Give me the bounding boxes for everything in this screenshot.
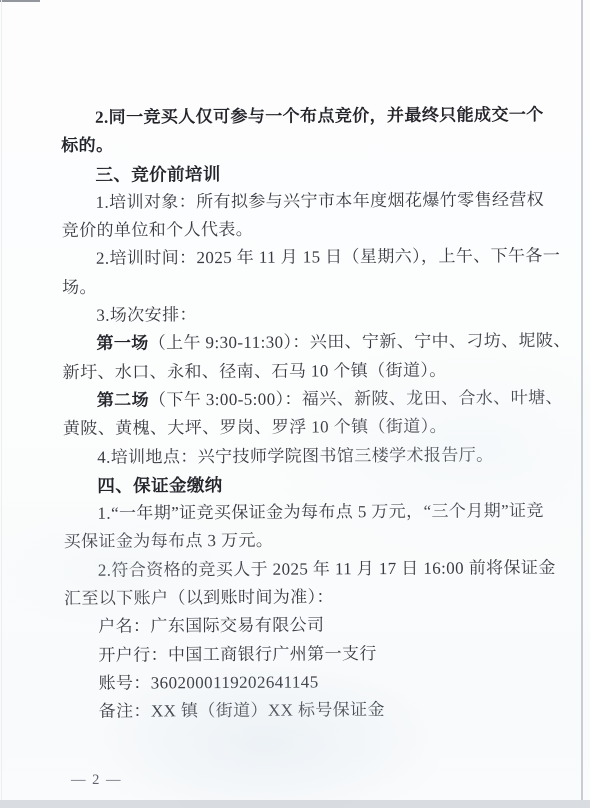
text-line: 买保证金为每布点 3 万元。 [64,526,528,557]
text-line: 竞价的单位和个人代表。 [62,214,526,245]
text-line: 1.“一年期”证竞买保证金为每布点 5 万元，“三个月期”证竞 [63,497,527,528]
line-text: 场。 [62,278,97,297]
bold-run: 第一场 [96,334,148,353]
text-line: 3.场次安排： [62,299,526,330]
line-text: 四、保证金缴纳 [97,475,222,496]
text-line: 备注：XX 镇（街道）XX 标号保证金 [65,695,529,726]
line-text: （上午 9:30-11:30）：兴田、宁新、宁中、刁坊、坭陂、 [149,331,571,353]
text-line: 黄陂、黄槐、大坪、罗岗、罗浮 10 个镇（街道）。 [63,412,527,443]
text-line: 开户行：中国工商银行广州第一支行 [64,639,528,670]
line-text: 三、竞价前培训 [95,164,220,185]
scan-edge-bottom [0,800,590,808]
document-body: 2.同一竞买人仅可参与一个布点竞价，并最终只能成交一个标的。三、竞价前培训1.培… [61,101,529,726]
line-text: 买保证金为每布点 3 万元。 [64,531,274,551]
text-line: 第二场（下午 3:00-5:00）：福兴、新陂、龙田、合水、叶塘、 [63,384,527,415]
text-line: 第一场（上午 9:30-11:30）：兴田、宁新、宁中、刁坊、坭陂、 [62,328,526,359]
page-number: — 2 — [71,772,122,789]
line-text: （下午 3:00-5:00）：福兴、新陂、龙田、合水、叶塘、 [149,388,563,410]
line-text: 黄陂、黄槐、大坪、罗岗、罗浮 10 个镇（街道）。 [63,417,447,438]
bold-run: 第二场 [97,390,149,409]
line-text: 竞价的单位和个人代表。 [62,220,254,240]
text-line: 4.培训地点：兴宁技师学院图书馆三楼学术报告厅。 [63,441,527,472]
line-text: 新圩、水口、永和、径南、石马 10 个镇（街道）。 [63,360,447,381]
document-page: 2.同一竞买人仅可参与一个布点竞价，并最终只能成交一个标的。三、竞价前培训1.培… [0,0,590,808]
line-text: 1.培训对象：所有拟参与兴宁市本年度烟花爆竹零售经营权 [96,190,545,212]
scan-edge-left [1,0,2,800]
text-line: 新圩、水口、永和、径南、石马 10 个镇（街道）。 [63,356,527,387]
line-text: 标的。 [61,136,113,155]
line-text: 3.场次安排： [96,305,197,325]
text-line: 账号：3602000119202641145 [64,667,528,698]
text-line: 标的。 [61,129,525,160]
line-text: 账号：3602000119202641145 [98,672,318,692]
line-text: 1.“一年期”证竞买保证金为每布点 5 万元，“三个月期”证竞 [97,501,543,523]
line-text: 汇至以下账户（以到账时间为准）： [64,587,334,608]
text-line: 1.培训对象：所有拟参与兴宁市本年度烟花爆竹零售经营权 [62,186,526,217]
line-text: 4.培训地点：兴宁技师学院图书馆三楼学术报告厅。 [97,445,493,466]
line-text: 备注：XX 镇（街道）XX 标号保证金 [99,700,385,721]
line-text: 户名：广东国际交易有限公司 [98,616,324,636]
text-line: 场。 [62,271,526,302]
text-line: 汇至以下账户（以到账时间为准）： [64,582,528,613]
text-line: 户名：广东国际交易有限公司 [64,610,528,641]
line-text: 2.符合资格的竞买人于 2025 年 11 月 17 日 16:00 前将保证金 [98,558,556,580]
text-line: 2.培训时间：2025 年 11 月 15 日（星期六），上午、下午各一 [62,243,526,274]
text-line: 2.同一竞买人仅可参与一个布点竞价，并最终只能成交一个 [61,101,525,132]
line-text: 2.培训时间：2025 年 11 月 15 日（星期六），上午、下午各一 [96,246,560,268]
scan-edge-right [581,0,583,801]
section-heading: 三、竞价前培训 [61,158,525,189]
scan-artifact-top-bar [0,0,40,2]
line-text: 开户行：中国工商银行广州第一支行 [98,644,377,665]
text-line: 2.符合资格的竞买人于 2025 年 11 月 17 日 16:00 前将保证金 [64,554,528,585]
line-text: 2.同一竞买人仅可参与一个布点竞价，并最终只能成交一个 [95,105,544,127]
section-heading: 四、保证金缴纳 [63,469,527,500]
